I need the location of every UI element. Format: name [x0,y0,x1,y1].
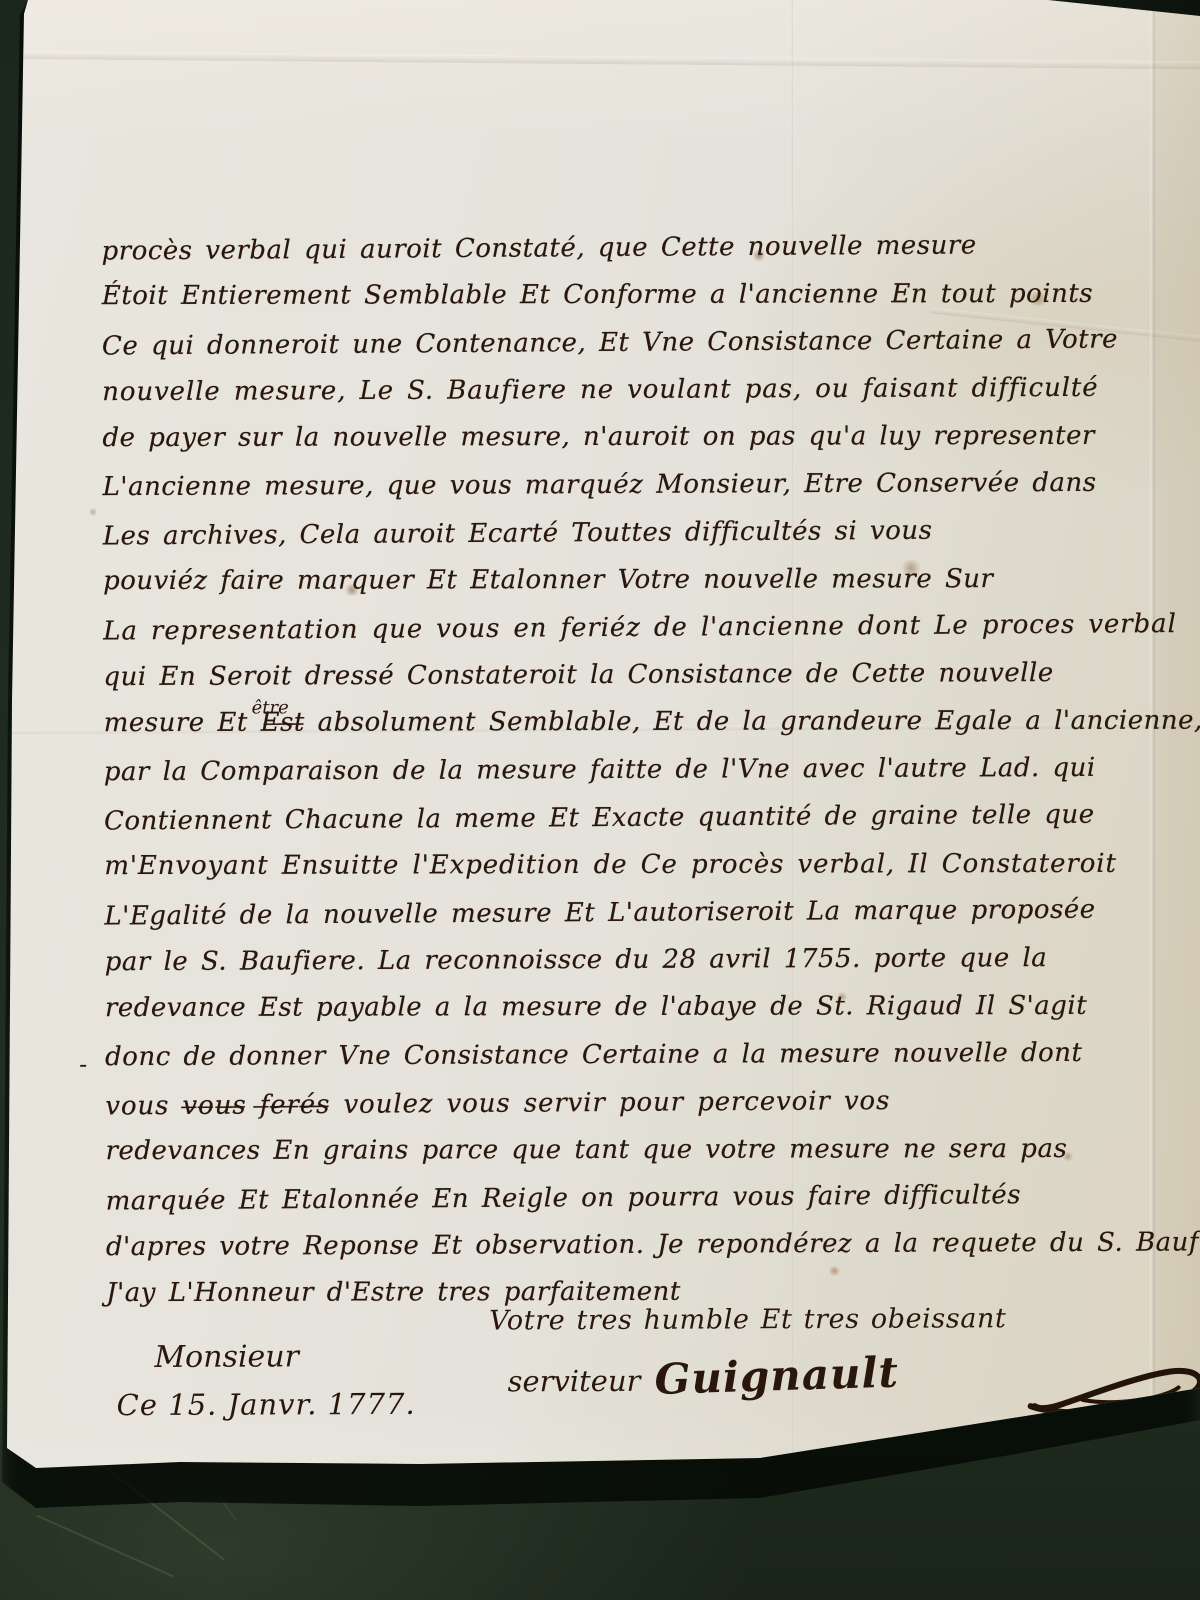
manuscript-line: Ce qui donneroit une Contenance, Et Vne … [102,324,1122,379]
letter-paper: procès verbal qui auroit Constaté, que C… [0,0,1200,1600]
manuscript-line: marquée Et Etalonnée En Reigle on pourra… [106,1179,1126,1234]
signature: Guignault [654,1348,900,1404]
manuscript-line: redevance Est payable a la mesure de l'a… [105,991,1125,1041]
manuscript-line: redevances En grains parce que tant que … [106,1133,1126,1183]
manuscript-line: Les archives, Cela auroit Ecarté Touttes… [103,514,1123,569]
interlinear-insertion: être [252,697,289,718]
manuscript-line: m'Envoyant Ensuitte l'Expedition de Ce p… [104,848,1124,898]
closing-compliment: Votre tres humble Et tres obeissant [489,1303,1006,1336]
signature-line: serviteurGuignault [507,1351,899,1402]
serviteur-word: serviteur [507,1364,640,1399]
manuscript-line: Étoit Entierement Semblable Et Conforme … [102,278,1122,328]
closing-salutation: Monsieur [154,1339,299,1375]
manuscript-line: donc de donner Vne Consistance Certaine … [105,1037,1125,1089]
manuscript-line: L'Egalité de la nouvelle mesure Et L'aut… [104,894,1124,949]
manuscript-line: d'apres votre Reponse Et observation. Je… [106,1227,1126,1279]
manuscript-line: La representation que vous en feriéz de … [103,609,1123,664]
manuscript-line: par le S. Baufiere. La reconnoissce du 2… [105,942,1125,994]
manuscript-line: L'ancienne mesure, que vous marquéz Mons… [103,467,1123,519]
manuscript-line: par la Comparaison de la mesure faitte d… [104,752,1124,804]
manuscript-line: procès verbal qui auroit Constaté, que C… [101,229,1121,284]
manuscript-line: de payer sur la nouvelle mesure, n'auroi… [102,421,1122,471]
manuscript-line: vous v̶o̶u̶s̶ f̶e̶r̶é̶s̶ voulez vous ser… [105,1084,1125,1139]
manuscript-line: nouvelle mesure, Le S. Baufiere ne voula… [102,372,1122,424]
manuscript-photo: procès verbal qui auroit Constaté, que C… [0,0,1200,1600]
manuscript-line: pouviéz faire marquer Et Etalonner Votre… [103,563,1123,613]
margin-dash: - [79,1050,87,1078]
manuscript-line: Contiennent Chacune la meme Et Exacte qu… [104,799,1124,854]
date-line: Ce 15. Janvr. 1777. [117,1387,416,1422]
letter-body: procès verbal qui auroit Constaté, que C… [102,230,1127,1327]
background-scratch [36,1515,174,1578]
letter-text: procès verbal qui auroit Constaté, que C… [0,0,1200,1600]
